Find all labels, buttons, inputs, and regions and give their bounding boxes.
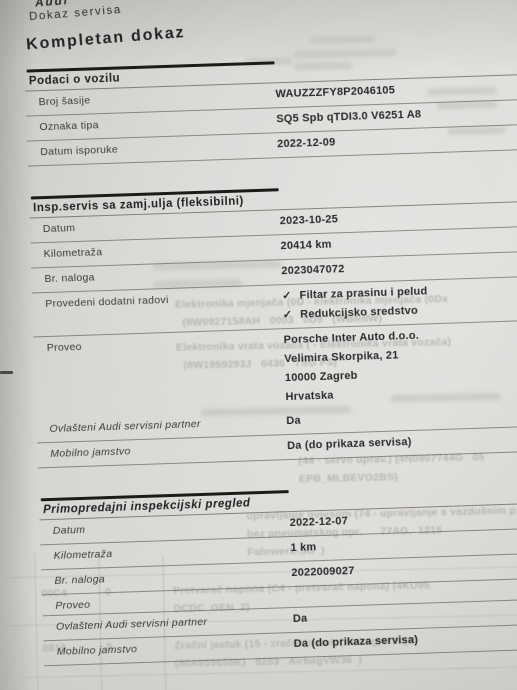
- document-masthead: Audi Dokaz servisa Kompletan dokaz: [19, 0, 517, 55]
- row-label: Mobilno jamstvo: [37, 440, 287, 460]
- value-text: 2022-12-07: [290, 515, 349, 529]
- value-text: Da (do prikaza servisa): [287, 436, 412, 452]
- value-text: Da: [293, 613, 308, 625]
- value-text: 10000 Zagreb: [285, 370, 358, 384]
- row-label: Br. naloga: [31, 265, 281, 285]
- row-label: Broj šasije: [25, 88, 275, 108]
- ghost-grid-line: [34, 553, 38, 690]
- value-text: 2023-10-25: [280, 213, 339, 227]
- ghost-grid-line: [27, 667, 517, 678]
- row-label: Kilometraža: [40, 542, 290, 562]
- checkmark-icon: ✓: [283, 306, 293, 325]
- row-label: Ovlašteni Audi servisni partner: [43, 613, 293, 633]
- value-text: 2023047072: [281, 263, 345, 277]
- value-text: Da: [286, 415, 301, 427]
- row-label: Kilometraža: [30, 240, 280, 260]
- row-label: Provedeni dodatni radovi: [32, 290, 282, 310]
- value-text: 1 km: [290, 541, 316, 554]
- value-text: 20414 km: [280, 239, 332, 253]
- value-text: Hrvatska: [285, 390, 333, 404]
- value-text: SQ5 Spb qTDI3.0 V6251 A8: [276, 108, 421, 125]
- value-text: WAUZZZFY8P2046105: [275, 84, 395, 100]
- page-edge-mark: [0, 371, 13, 374]
- paper-background: Elektronika mjenjača (0D - elektronika m…: [0, 0, 517, 690]
- service-document: Audi Dokaz servisa Kompletan dokaz Podac…: [22, 0, 517, 666]
- value-text: Porsche Inter Auto d.o.o.: [283, 330, 419, 346]
- row-label: Mobilno jamstvo: [44, 638, 294, 658]
- table-row: ProveoPorsche Inter Auto d.o.o.Velimira …: [33, 321, 517, 419]
- checkmark-icon: ✓: [282, 287, 292, 306]
- row-value: ✓Filtar za prasinu i pelud✓Redukcijsko s…: [282, 279, 517, 325]
- row-label: Br. naloga: [41, 567, 291, 587]
- row-value: Porsche Inter Auto d.o.o.Velimira Skorpi…: [283, 323, 517, 407]
- section-2: Insp.servis sa zamj.ulja (fleksibilni)Da…: [29, 180, 517, 468]
- value-text: Redukcijsko sredstvo: [300, 305, 418, 321]
- value-text: 2022-12-09: [277, 136, 336, 150]
- row-label: Datum: [30, 215, 280, 235]
- sections: Podaci o voziluBroj šasijeWAUZZZFY8P2046…: [25, 53, 517, 666]
- value-text: Da (do prikaza servisa): [294, 634, 419, 650]
- row-label: Oznaka tipa: [26, 113, 276, 133]
- value-text: Velimira Skorpika, 21: [284, 349, 399, 365]
- row-label: Datum: [40, 517, 290, 537]
- row-label: Datum isporuke: [27, 138, 277, 158]
- section-3: Primopredajni inspekcijski pregledDatum2…: [39, 482, 517, 667]
- value-text: Filtar za prasinu i pelud: [299, 285, 427, 301]
- value-text: 2022009027: [291, 565, 355, 579]
- section-1: Podaci o voziluBroj šasijeWAUZZZFY8P2046…: [25, 53, 517, 167]
- row-label: Proveo: [34, 334, 284, 354]
- row-label: Ovlašteni Audi servisni partner: [36, 415, 286, 435]
